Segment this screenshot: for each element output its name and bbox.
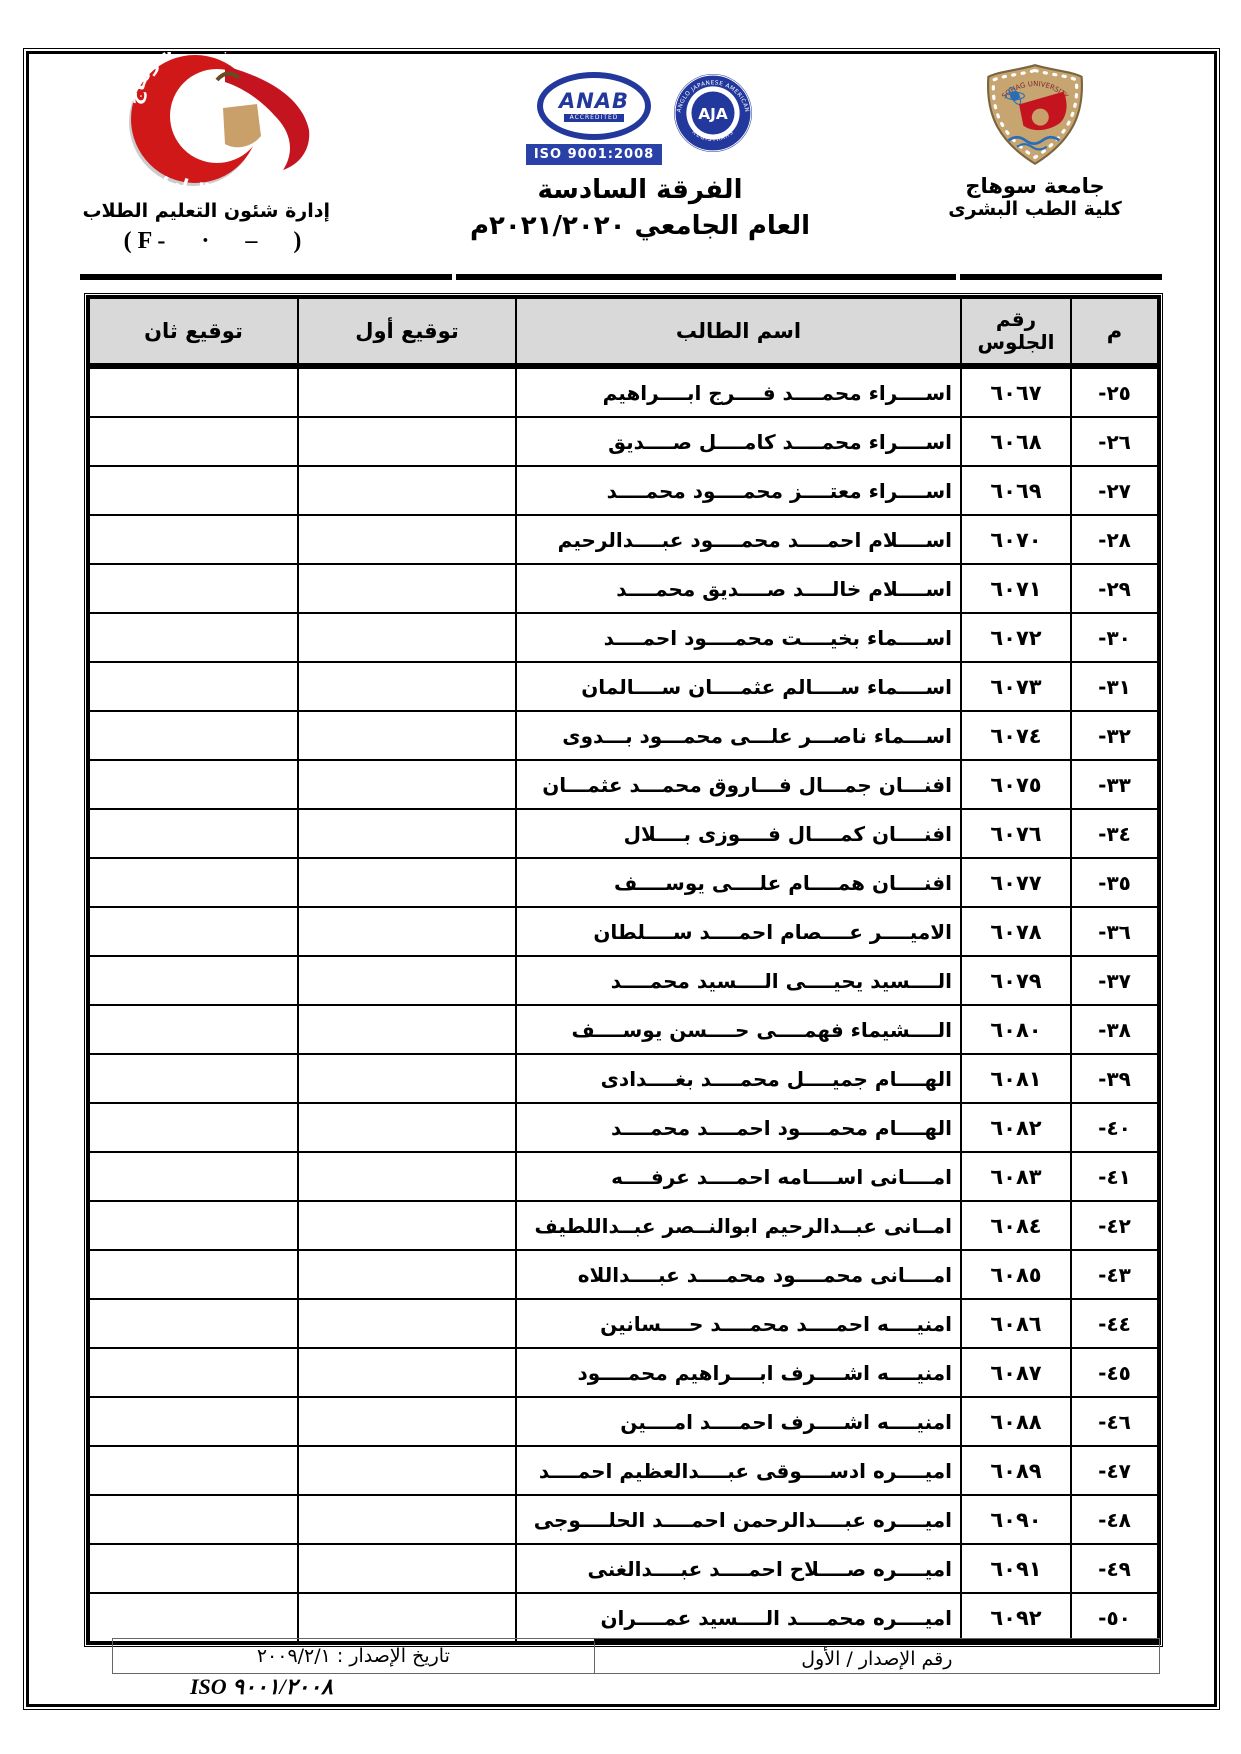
pharaoh-face-shape	[1032, 109, 1049, 126]
row-number-cell: ٢٧-	[1071, 466, 1159, 515]
student-name-cell: امنيــــه احمــــد محمــــد حــــسانين	[516, 1299, 961, 1348]
student-row: ٤٠- ٦٠٨٢ الهــــام محمــــود احمــــد مح…	[88, 1103, 1159, 1152]
row-number-cell: ٢٩-	[1071, 564, 1159, 613]
student-name-cell: الهــــام محمــــود احمــــد محمــــد	[516, 1103, 961, 1152]
first-signature-cell	[298, 1348, 516, 1397]
title-block: ANAB ACCREDITED ISO 9001:2008 ANGLO JAPA…	[430, 72, 850, 241]
second-signature-cell	[88, 515, 298, 564]
seat-number-cell: ٦٠٩٢	[961, 1593, 1071, 1643]
second-signature-cell	[88, 760, 298, 809]
seat-number-cell: ٦٠٧٦	[961, 809, 1071, 858]
first-signature-cell	[298, 956, 516, 1005]
student-row: ٤٤- ٦٠٨٦ امنيــــه احمــــد محمــــد حــ…	[88, 1299, 1159, 1348]
student-name-cell: اســـماء ناصـــر علـــى محمـــود بـــدوى	[516, 711, 961, 760]
first-signature-cell	[298, 1005, 516, 1054]
seat-number-cell: ٦٠٨١	[961, 1054, 1071, 1103]
seat-number-cell: ٦٠٨٣	[961, 1152, 1071, 1201]
first-signature-cell	[298, 662, 516, 711]
student-name-cell: اســــلام احمــــد محمــــود عبــــدالرح…	[516, 515, 961, 564]
first-signature-cell	[298, 466, 516, 515]
seat-number-cell: ٦٠٨٤	[961, 1201, 1071, 1250]
student-name-cell: الــــسيد يحيــــى الــــسيد محمــــد	[516, 956, 961, 1005]
second-signature-cell	[88, 1201, 298, 1250]
first-signature-cell	[298, 1201, 516, 1250]
table-body: ٢٥- ٦٠٦٧ اســــراء محمــــد فــــرج ابــ…	[88, 366, 1159, 1643]
student-name-cell: امنيــــه اشــــرف ابــــراهيم محمــــود	[516, 1348, 961, 1397]
attendance-table: م رقم الجلوس اسم الطالب توقيع أول توقيع …	[86, 295, 1161, 1645]
seat-number-cell: ٦٠٦٨	[961, 417, 1071, 466]
row-number-cell: ٤٠-	[1071, 1103, 1159, 1152]
row-number-cell: ٢٦-	[1071, 417, 1159, 466]
student-name-cell: اســــلام خالــــد صــــديق محمــــد	[516, 564, 961, 613]
student-row: ٣١- ٦٠٧٣ اســــماء ســــالم عثمــــان سـ…	[88, 662, 1159, 711]
row-number-cell: ٤٣-	[1071, 1250, 1159, 1299]
student-name-cell: الهــــام جميــــل محمــــد بغــــدادى	[516, 1054, 961, 1103]
second-signature-cell	[88, 956, 298, 1005]
student-name-cell: اســــراء محمــــد فــــرج ابــــراهيم	[516, 366, 961, 417]
row-number-cell: ٤٨-	[1071, 1495, 1159, 1544]
first-signature-cell	[298, 1397, 516, 1446]
seat-number-cell: ٦٠٧٤	[961, 711, 1071, 760]
student-name-cell: اميــــره ادســــوقى عبــــدالعظيم احمــ…	[516, 1446, 961, 1495]
student-name-cell: اميــــره عبــــدالرحمن احمــــد الحلـــ…	[516, 1495, 961, 1544]
row-number-cell: ٤٩-	[1071, 1544, 1159, 1593]
anab-accredited-text: ACCREDITED	[564, 114, 625, 122]
seat-number-cell: ٦٠٧٠	[961, 515, 1071, 564]
issue-info-box: رقم الإصدار / الأول تاريخ الإصدار : ٢٠٠٩…	[112, 1638, 1160, 1674]
first-signature-cell	[298, 564, 516, 613]
aja-logo: ANGLO JAPANESE AMERICAN REGISTRARS AJA	[672, 72, 754, 154]
second-signature-cell	[88, 1005, 298, 1054]
first-signature-cell	[298, 1103, 516, 1152]
first-signature-cell	[298, 907, 516, 956]
first-signature-cell	[298, 613, 516, 662]
seat-number-cell: ٦٠٨٦	[961, 1299, 1071, 1348]
first-signature-cell	[298, 1250, 516, 1299]
issue-number: رقم الإصدار / الأول	[594, 1639, 1159, 1673]
anab-logo: ANAB ACCREDITED ISO 9001:2008	[526, 72, 662, 165]
student-name-cell: امــــانى اســــامه احمــــد عرفــــه	[516, 1152, 961, 1201]
first-signature-cell	[298, 1054, 516, 1103]
seat-number-cell: ٦٠٧٩	[961, 956, 1071, 1005]
seat-number-cell: ٦٠٨٢	[961, 1103, 1071, 1152]
second-signature-cell	[88, 1495, 298, 1544]
seat-number-cell: ٦٠٨٩	[961, 1446, 1071, 1495]
first-signature-cell	[298, 1495, 516, 1544]
second-signature-cell	[88, 366, 298, 417]
col-header-name: اسم الطالب	[516, 297, 961, 366]
second-signature-cell	[88, 466, 298, 515]
second-signature-cell	[88, 1152, 298, 1201]
student-row: ٢٦- ٦٠٦٨ اســــراء محمــــد كامــــل صــ…	[88, 417, 1159, 466]
iso-certification-text: ISO ٩٠٠١/٢٠٠٨	[190, 1674, 333, 1700]
student-row: ٤٣- ٦٠٨٥ امــــانى محمــــود محمــــد عب…	[88, 1250, 1159, 1299]
anab-name-text: ANAB	[559, 91, 629, 112]
student-row: ٣٤- ٦٠٧٦ افنــــان كمــــال فــــوزى بــ…	[88, 809, 1159, 858]
student-name-cell: الاميــــر عــــصام احمــــد ســــلطان	[516, 907, 961, 956]
faculty-crescent-logo: جامعة سوهاج كلية الطب	[105, 52, 320, 192]
second-signature-cell	[88, 1544, 298, 1593]
row-number-cell: ٥٠-	[1071, 1593, 1159, 1643]
row-number-cell: ٣٣-	[1071, 760, 1159, 809]
col-header-index: م	[1071, 297, 1159, 366]
seat-number-cell: ٦٠٦٩	[961, 466, 1071, 515]
second-signature-cell	[88, 1348, 298, 1397]
first-signature-cell	[298, 858, 516, 907]
academic-year-title: العام الجامعي ٢٠٢١/٢٠٢٠م	[430, 211, 850, 241]
second-signature-cell	[88, 907, 298, 956]
seat-number-cell: ٦٠٩٠	[961, 1495, 1071, 1544]
seat-number-cell: ٦٠٩١	[961, 1544, 1071, 1593]
first-signature-cell	[298, 760, 516, 809]
row-number-cell: ٣٧-	[1071, 956, 1159, 1005]
row-number-cell: ٤٢-	[1071, 1201, 1159, 1250]
student-name-cell: افنــــان كمــــال فــــوزى بــــلال	[516, 809, 961, 858]
row-number-cell: ٣٩-	[1071, 1054, 1159, 1103]
student-row: ٣٣- ٦٠٧٥ افنـــان جمـــال فـــاروق محمــ…	[88, 760, 1159, 809]
second-signature-cell	[88, 1103, 298, 1152]
col-header-sig1: توقيع أول	[298, 297, 516, 366]
second-signature-cell	[88, 1593, 298, 1643]
second-signature-cell	[88, 1446, 298, 1495]
second-signature-cell	[88, 417, 298, 466]
first-signature-cell	[298, 1446, 516, 1495]
seat-number-cell: ٦٠٨٨	[961, 1397, 1071, 1446]
department-name: إدارة شئون التعليم الطلاب	[95, 200, 330, 222]
seat-number-cell: ٦٠٧٢	[961, 613, 1071, 662]
row-number-cell: ٣٤-	[1071, 809, 1159, 858]
student-name-cell: اســــراء معتــــز محمــــود محمــــد	[516, 466, 961, 515]
student-row: ٤٩- ٦٠٩١ اميــــره صــــلاح احمــــد عبـ…	[88, 1544, 1159, 1593]
row-number-cell: ٣١-	[1071, 662, 1159, 711]
row-number-cell: ٣٥-	[1071, 858, 1159, 907]
second-signature-cell	[88, 1250, 298, 1299]
col-header-sig2: توقيع ثان	[88, 297, 298, 366]
row-number-cell: ٢٥-	[1071, 366, 1159, 417]
second-signature-cell	[88, 564, 298, 613]
seat-number-cell: ٦٠٨٠	[961, 1005, 1071, 1054]
seat-number-cell: ٦٠٧١	[961, 564, 1071, 613]
seat-number-cell: ٦٠٦٧	[961, 366, 1071, 417]
second-signature-cell	[88, 1397, 298, 1446]
first-signature-cell	[298, 1299, 516, 1348]
student-row: ٣٩- ٦٠٨١ الهــــام جميــــل محمــــد بغـ…	[88, 1054, 1159, 1103]
attendance-table-wrap: م رقم الجلوس اسم الطالب توقيع أول توقيع …	[84, 293, 1163, 1647]
row-number-cell: ٢٨-	[1071, 515, 1159, 564]
row-number-cell: ٣٠-	[1071, 613, 1159, 662]
anab-iso-badge: ISO 9001:2008	[526, 144, 662, 165]
student-row: ٢٨- ٦٠٧٠ اســــلام احمــــد محمــــود عب…	[88, 515, 1159, 564]
first-signature-cell	[298, 366, 516, 417]
student-row: ٤٥- ٦٠٨٧ امنيــــه اشــــرف ابــــراهيم …	[88, 1348, 1159, 1397]
seat-number-cell: ٦٠٨٧	[961, 1348, 1071, 1397]
student-row: ٣٠- ٦٠٧٢ اســــماء بخيــــت محمــــود اح…	[88, 613, 1159, 662]
seat-number-cell: ٦٠٧٥	[961, 760, 1071, 809]
aja-name-text: AJA	[698, 105, 728, 123]
student-row: ٣٥- ٦٠٧٧ افنــــان همــــام علــــى يوسـ…	[88, 858, 1159, 907]
row-number-cell: ٣٢-	[1071, 711, 1159, 760]
university-crest-icon: SOHAG UNIVERSITY	[976, 62, 1094, 168]
row-number-cell: ٣٨-	[1071, 1005, 1159, 1054]
first-signature-cell	[298, 1593, 516, 1643]
student-name-cell: اســــماء بخيــــت محمــــود احمــــد	[516, 613, 961, 662]
first-signature-cell	[298, 1152, 516, 1201]
student-row: ٣٦- ٦٠٧٨ الاميــــر عــــصام احمــــد سـ…	[88, 907, 1159, 956]
student-name-cell: الــــشيماء فهمــــى حــــسن يوســــف	[516, 1005, 961, 1054]
student-row: ٤٨- ٦٠٩٠ اميــــره عبــــدالرحمن احمــــ…	[88, 1495, 1159, 1544]
first-signature-cell	[298, 1544, 516, 1593]
first-signature-cell	[298, 809, 516, 858]
row-number-cell: ٤٦-	[1071, 1397, 1159, 1446]
student-name-cell: امنيــــه اشــــرف احمــــد امــــين	[516, 1397, 961, 1446]
student-name-cell: افنــــان همــــام علــــى يوســــف	[516, 858, 961, 907]
first-signature-cell	[298, 515, 516, 564]
table-header-row: م رقم الجلوس اسم الطالب توقيع أول توقيع …	[88, 297, 1159, 366]
certification-logos: ANAB ACCREDITED ISO 9001:2008 ANGLO JAPA…	[430, 72, 850, 165]
second-signature-cell	[88, 1299, 298, 1348]
student-row: ٢٩- ٦٠٧١ اســــلام خالــــد صــــديق محم…	[88, 564, 1159, 613]
student-name-cell: اميــــره صــــلاح احمــــد عبــــدالغنى	[516, 1544, 961, 1593]
student-row: ٣٢- ٦٠٧٤ اســـماء ناصـــر علـــى محمـــو…	[88, 711, 1159, 760]
student-name-cell: امــــانى محمــــود محمــــد عبــــداللا…	[516, 1250, 961, 1299]
row-number-cell: ٤١-	[1071, 1152, 1159, 1201]
student-row: ٣٨- ٦٠٨٠ الــــشيماء فهمــــى حــــسن يو…	[88, 1005, 1159, 1054]
student-name-cell: اميــــره محمــــد الــــسيد عمــــران	[516, 1593, 961, 1643]
student-row: ٤١- ٦٠٨٣ امــــانى اســــامه احمــــد عر…	[88, 1152, 1159, 1201]
second-signature-cell	[88, 711, 298, 760]
first-signature-cell	[298, 711, 516, 760]
student-name-cell: اســــماء ســــالم عثمــــان ســــالمان	[516, 662, 961, 711]
student-row: ٤٢- ٦٠٨٤ امــانى عبــدالرحيم ابوالنــصر …	[88, 1201, 1159, 1250]
header-divider-rule	[80, 274, 1162, 280]
university-name: جامعة سوهاج	[945, 174, 1125, 198]
second-signature-cell	[88, 613, 298, 662]
pharaoh-face-shape	[223, 104, 261, 147]
student-name-cell: افنـــان جمـــال فـــاروق محمـــد عثمـــ…	[516, 760, 961, 809]
row-number-cell: ٤٥-	[1071, 1348, 1159, 1397]
issue-date: تاريخ الإصدار : ٢٠٠٩/٢/١	[113, 1639, 594, 1673]
row-number-cell: ٤٤-	[1071, 1299, 1159, 1348]
student-name-cell: امــانى عبــدالرحيم ابوالنــصر عبــداللط…	[516, 1201, 961, 1250]
scanned-attendance-sheet: SOHAG UNIVERSITY جامعة سوهاج كلية الطب ا…	[0, 0, 1241, 1754]
col-header-seat: رقم الجلوس	[961, 297, 1071, 366]
second-signature-cell	[88, 662, 298, 711]
student-row: ٤٧- ٦٠٨٩ اميــــره ادســــوقى عبــــدالع…	[88, 1446, 1159, 1495]
form-code: ( F - · – )	[95, 228, 330, 255]
student-row: ٢٧- ٦٠٦٩ اســــراء معتــــز محمــــود مح…	[88, 466, 1159, 515]
grade-title: الفرقة السادسة	[430, 175, 850, 205]
seat-number-cell: ٦٠٧٧	[961, 858, 1071, 907]
student-row: ٥٠- ٦٠٩٢ اميــــره محمــــد الــــسيد عم…	[88, 1593, 1159, 1643]
second-signature-cell	[88, 858, 298, 907]
row-number-cell: ٤٧-	[1071, 1446, 1159, 1495]
second-signature-cell	[88, 1054, 298, 1103]
student-row: ٢٥- ٦٠٦٧ اســــراء محمــــد فــــرج ابــ…	[88, 366, 1159, 417]
student-row: ٤٦- ٦٠٨٨ امنيــــه اشــــرف احمــــد امـ…	[88, 1397, 1159, 1446]
seat-number-cell: ٦٠٨٥	[961, 1250, 1071, 1299]
first-signature-cell	[298, 417, 516, 466]
university-identity-block: SOHAG UNIVERSITY جامعة سوهاج كلية الطب ا…	[945, 62, 1125, 220]
student-row: ٣٧- ٦٠٧٩ الــــسيد يحيــــى الــــسيد مح…	[88, 956, 1159, 1005]
faculty-name: كلية الطب البشرى	[945, 198, 1125, 220]
seat-number-cell: ٦٠٧٣	[961, 662, 1071, 711]
department-block: جامعة سوهاج كلية الطب إدارة شئون التعليم…	[95, 52, 330, 255]
seat-number-cell: ٦٠٧٨	[961, 907, 1071, 956]
row-number-cell: ٣٦-	[1071, 907, 1159, 956]
second-signature-cell	[88, 809, 298, 858]
student-name-cell: اســــراء محمــــد كامــــل صــــديق	[516, 417, 961, 466]
